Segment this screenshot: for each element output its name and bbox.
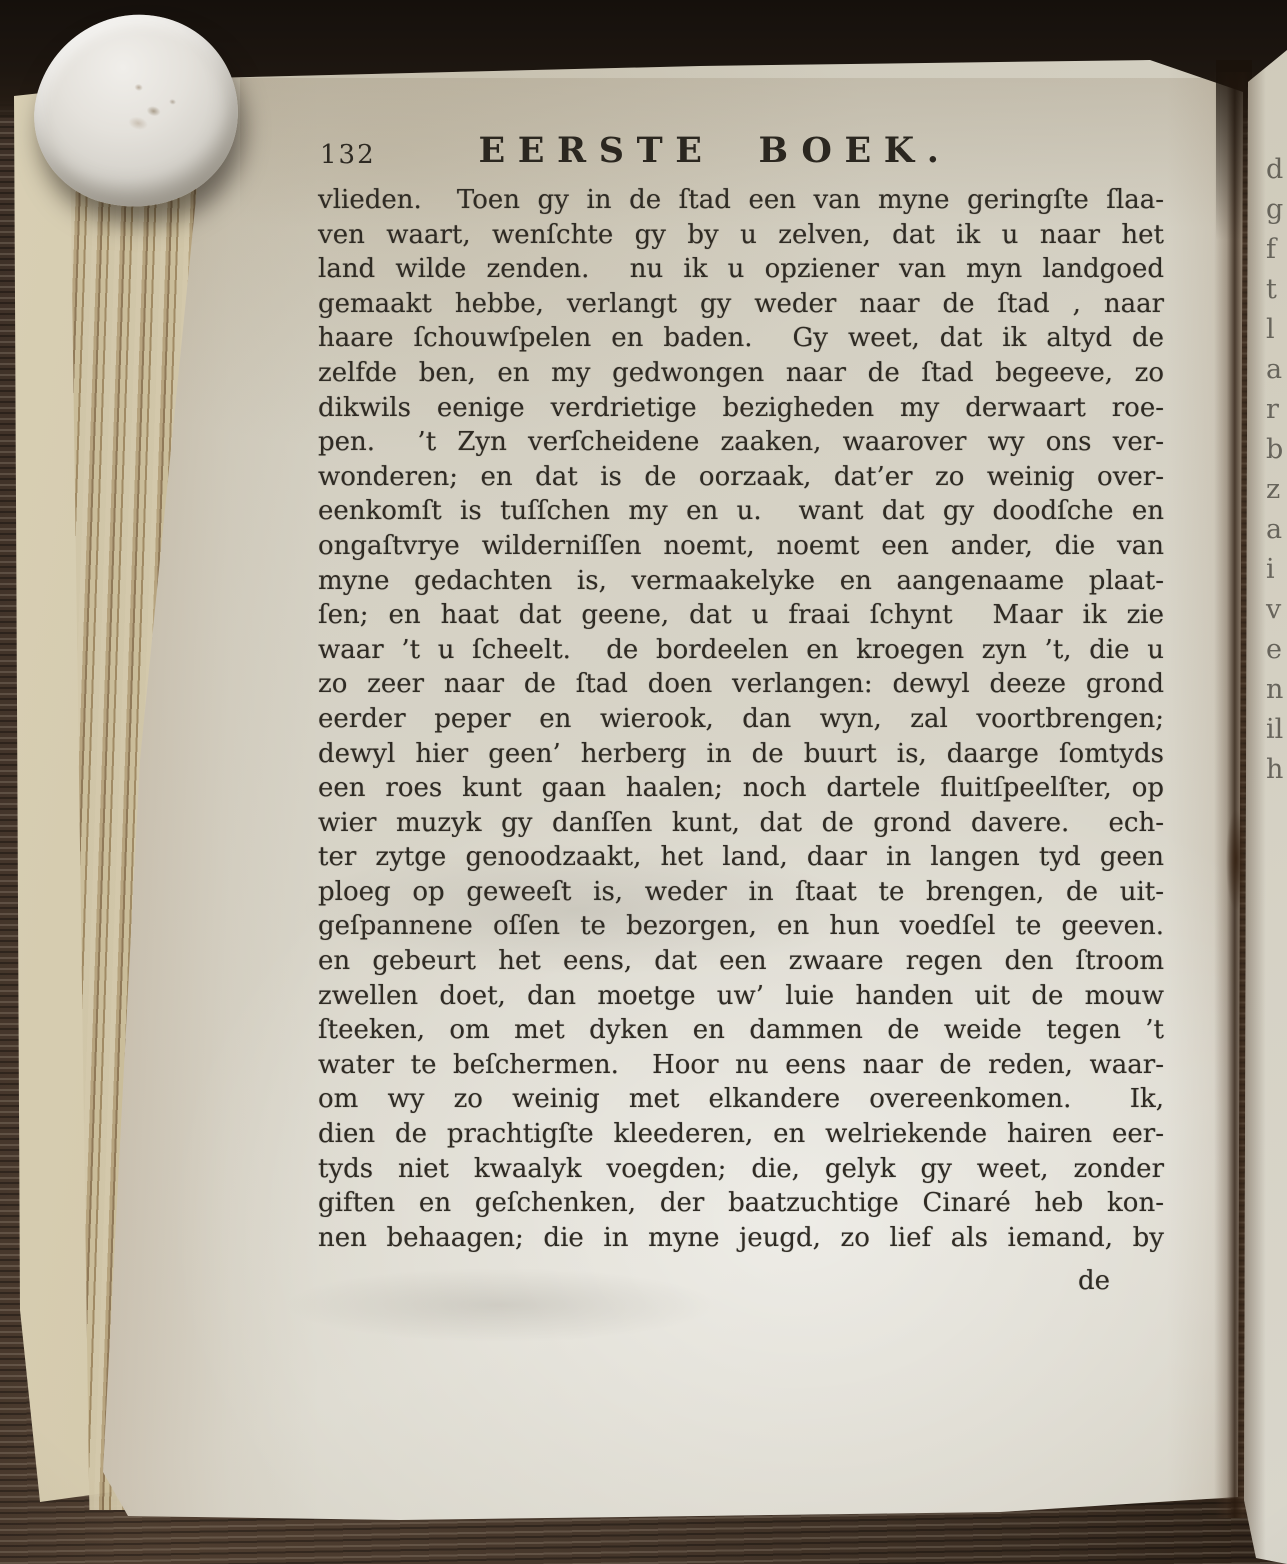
text-line: wonderen; en dat is de oorzaak, dat’er z… <box>318 460 1164 495</box>
text-fragment: a <box>1266 510 1287 550</box>
text-line: dewyl hier geen’ herberg in de buurt is,… <box>318 737 1164 772</box>
text-line: vlieden. Toen gy in de ſtad een van myne… <box>318 183 1164 218</box>
text-line: ongaſtvrye wilderniſſen noemt, noemt een… <box>318 529 1164 564</box>
text-line: waar ’t u ſcheelt. de bordeelen en kroeg… <box>318 633 1164 668</box>
text-fragment: a <box>1266 350 1287 390</box>
text-line: ter zytge genoodzaakt, het land, daar in… <box>318 840 1164 875</box>
text-line: water te beſchermen. Hoor nu eens naar d… <box>318 1048 1164 1083</box>
text-fragment: f <box>1266 230 1287 270</box>
text-fragment: z <box>1266 470 1287 510</box>
text-line: een roes kunt gaan haalen; noch dartele … <box>318 771 1164 806</box>
text-line: nen behaagen; die in myne jeugd, zo lief… <box>318 1221 1164 1256</box>
text-fragment: il <box>1266 710 1287 750</box>
text-fragment: g <box>1266 190 1287 230</box>
page-header: 132 EERSTE BOEK. <box>318 130 1164 176</box>
text-fragment: v <box>1266 590 1287 630</box>
text-line: tyds niet kwaalyk voegden; die, gelyk gy… <box>318 1152 1164 1187</box>
text-line: gemaakt hebbe, verlangt gy weder naar de… <box>318 287 1164 322</box>
text-line: myne gedachten is, vermaakelyke en aange… <box>318 564 1164 599</box>
text-line: pen. ’t Zyn verſcheidene zaaken, waarove… <box>318 425 1164 460</box>
text-line: dien de prachtigſte kleederen, en welrie… <box>318 1117 1164 1152</box>
body-text: vlieden. Toen gy in de ſtad een van myne… <box>318 183 1164 1299</box>
text-line: en gebeurt het eens, dat een zwaare rege… <box>318 944 1164 979</box>
text-fragment: b <box>1266 430 1287 470</box>
text-line: haare ſchouwſpelen en baden. Gy weet, da… <box>318 321 1164 356</box>
running-title: EERSTE BOEK. <box>292 130 1138 171</box>
text-line: om wy zo weinig met elkandere overeenkom… <box>318 1082 1164 1117</box>
text-line: ſteeken, om met dyken en dammen de weide… <box>318 1013 1164 1048</box>
text-fragment: t <box>1266 270 1287 310</box>
book-page: 132 EERSTE BOEK. vlieden. Toen gy in de … <box>0 0 1287 1564</box>
text-fragment: h <box>1266 750 1287 790</box>
text-fragment: l <box>1266 310 1287 350</box>
gutter-top-shadow <box>1216 60 1252 260</box>
text-line: geſpannene oſſen te bezorgen, en hun voe… <box>318 909 1164 944</box>
catchword: de <box>318 1264 1164 1299</box>
text-line: zo zeer naar de ſtad doen verlangen: dew… <box>318 667 1164 702</box>
book-photo-scene: 132 EERSTE BOEK. vlieden. Toen gy in de … <box>0 0 1287 1564</box>
text-line: wier muzyk gy danſſen kunt, dat de grond… <box>318 806 1164 841</box>
text-line: ſen; en haat dat geene, dat u fraai ſchy… <box>318 598 1164 633</box>
text-line: zwellen doet, dan moetge uw’ luie handen… <box>318 979 1164 1014</box>
facing-page-text-fragments: d g f t l a r b z a i v e n il h <box>1266 150 1287 790</box>
text-fragment: i <box>1266 550 1287 590</box>
text-line: dikwils eenige verdrietige bezigheden my… <box>318 391 1164 426</box>
text-line: zelfde ben, en my gedwongen naar de ſtad… <box>318 356 1164 391</box>
text-line: land wilde zenden. nu ik u opziener van … <box>318 252 1164 287</box>
text-line: giften en geſchenken, der baatzuchtige C… <box>318 1186 1164 1221</box>
text-fragment: r <box>1266 390 1287 430</box>
text-line: eenkomſt is tuſſchen my en u. want dat g… <box>318 494 1164 529</box>
text-fragment: d <box>1266 150 1287 190</box>
text-line: eerder peper en wierook, dan wyn, zal vo… <box>318 702 1164 737</box>
text-line: ven waart, wenſchte gy by u zelven, dat … <box>318 218 1164 253</box>
text-fragment: n <box>1266 670 1287 710</box>
text-line: ploeg op geweeſt is, weder in ſtaat te b… <box>318 875 1164 910</box>
text-fragment: e <box>1266 630 1287 670</box>
